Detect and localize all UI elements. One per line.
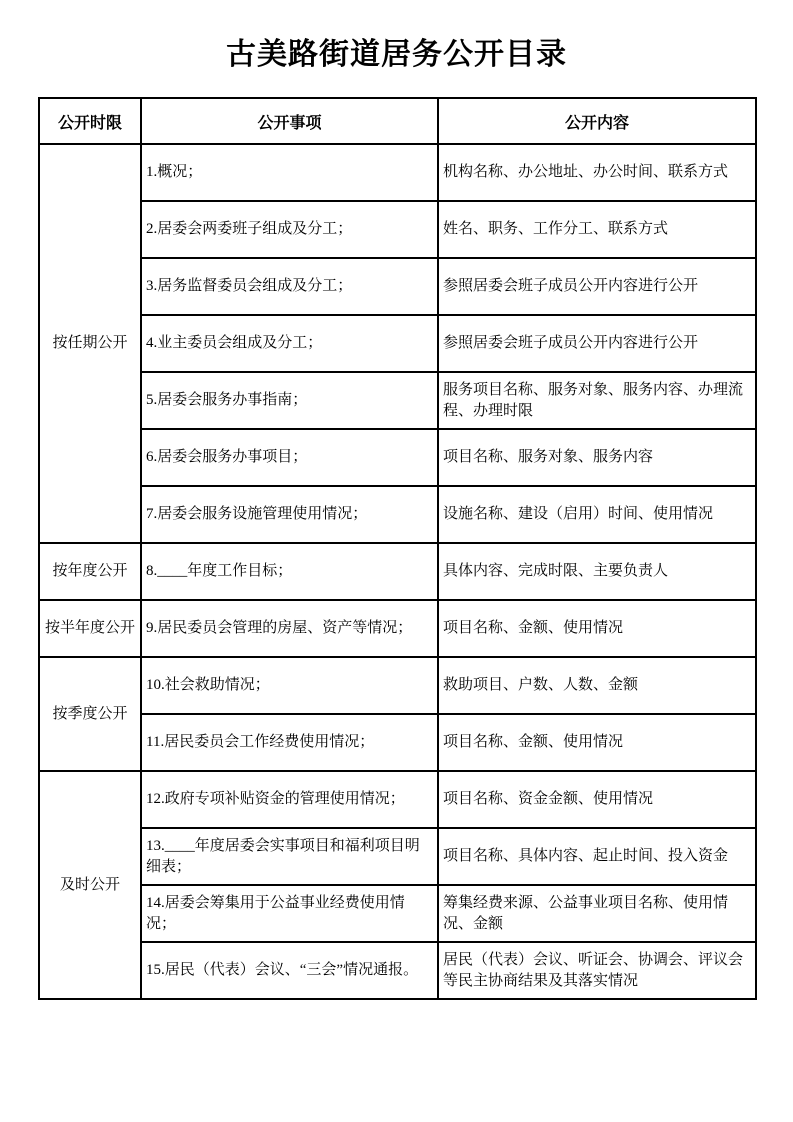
content-cell: 具体内容、完成时限、主要负责人: [438, 543, 756, 600]
table-row: 按季度公开10.社会救助情况；救助项目、户数、人数、金额: [39, 657, 756, 714]
table-row: 按半年度公开9.居民委员会管理的房屋、资产等情况；项目名称、金额、使用情况: [39, 600, 756, 657]
item-cell: 12.政府专项补贴资金的管理使用情况；: [141, 771, 438, 828]
item-cell: 15.居民（代表）会议、“三会”情况通报。: [141, 942, 438, 999]
content-cell: 居民（代表）会议、听证会、协调会、评议会等民主协商结果及其落实情况: [438, 942, 756, 999]
content-cell: 参照居委会班子成员公开内容进行公开: [438, 258, 756, 315]
content-cell: 项目名称、金额、使用情况: [438, 714, 756, 771]
table-row: 7.居委会服务设施管理使用情况；设施名称、建设（启用）时间、使用情况: [39, 486, 756, 543]
item-cell: 5.居委会服务办事指南；: [141, 372, 438, 429]
item-cell: 3.居务监督委员会组成及分工；: [141, 258, 438, 315]
header-time-limit: 公开时限: [39, 98, 141, 144]
table-header-row: 公开时限 公开事项 公开内容: [39, 98, 756, 144]
table-row: 5.居委会服务办事指南；服务项目名称、服务对象、服务内容、办理流程、办理时限: [39, 372, 756, 429]
table-row: 15.居民（代表）会议、“三会”情况通报。居民（代表）会议、听证会、协调会、评议…: [39, 942, 756, 999]
header-disclosure-item: 公开事项: [141, 98, 438, 144]
page-title: 古美路街道居务公开目录: [0, 38, 793, 72]
item-cell: 14.居委会筹集用于公益事业经费使用情况；: [141, 885, 438, 942]
content-cell: 救助项目、户数、人数、金额: [438, 657, 756, 714]
table-row: 14.居委会筹集用于公益事业经费使用情况；筹集经费来源、公益事业项目名称、使用情…: [39, 885, 756, 942]
item-cell: 2.居委会两委班子组成及分工；: [141, 201, 438, 258]
time-limit-cell: 按任期公开: [39, 144, 141, 543]
table-body: 按任期公开1.概况；机构名称、办公地址、办公时间、联系方式2.居委会两委班子组成…: [39, 144, 756, 999]
content-cell: 项目名称、具体内容、起止时间、投入资金: [438, 828, 756, 885]
table-row: 13.____年度居委会实事项目和福利项目明细表；项目名称、具体内容、起止时间、…: [39, 828, 756, 885]
content-cell: 设施名称、建设（启用）时间、使用情况: [438, 486, 756, 543]
item-cell: 9.居民委员会管理的房屋、资产等情况；: [141, 600, 438, 657]
item-cell: 7.居委会服务设施管理使用情况；: [141, 486, 438, 543]
content-cell: 项目名称、服务对象、服务内容: [438, 429, 756, 486]
table-row: 3.居务监督委员会组成及分工；参照居委会班子成员公开内容进行公开: [39, 258, 756, 315]
content-cell: 项目名称、金额、使用情况: [438, 600, 756, 657]
item-cell: 10.社会救助情况；: [141, 657, 438, 714]
table-row: 按任期公开1.概况；机构名称、办公地址、办公时间、联系方式: [39, 144, 756, 201]
table-row: 2.居委会两委班子组成及分工；姓名、职务、工作分工、联系方式: [39, 201, 756, 258]
content-cell: 机构名称、办公地址、办公时间、联系方式: [438, 144, 756, 201]
item-cell: 13.____年度居委会实事项目和福利项目明细表；: [141, 828, 438, 885]
item-cell: 8.____年度工作目标；: [141, 543, 438, 600]
time-limit-cell: 及时公开: [39, 771, 141, 999]
content-cell: 服务项目名称、服务对象、服务内容、办理流程、办理时限: [438, 372, 756, 429]
header-disclosure-content: 公开内容: [438, 98, 756, 144]
table-row: 及时公开12.政府专项补贴资金的管理使用情况；项目名称、资金金额、使用情况: [39, 771, 756, 828]
item-cell: 6.居委会服务办事项目；: [141, 429, 438, 486]
content-cell: 参照居委会班子成员公开内容进行公开: [438, 315, 756, 372]
table-row: 11.居民委员会工作经费使用情况；项目名称、金额、使用情况: [39, 714, 756, 771]
table-row: 4.业主委员会组成及分工；参照居委会班子成员公开内容进行公开: [39, 315, 756, 372]
item-cell: 4.业主委员会组成及分工；: [141, 315, 438, 372]
table-row: 6.居委会服务办事项目；项目名称、服务对象、服务内容: [39, 429, 756, 486]
time-limit-cell: 按年度公开: [39, 543, 141, 600]
item-cell: 11.居民委员会工作经费使用情况；: [141, 714, 438, 771]
content-cell: 姓名、职务、工作分工、联系方式: [438, 201, 756, 258]
time-limit-cell: 按半年度公开: [39, 600, 141, 657]
time-limit-cell: 按季度公开: [39, 657, 141, 771]
disclosure-catalog-table: 公开时限 公开事项 公开内容 按任期公开1.概况；机构名称、办公地址、办公时间、…: [38, 97, 757, 1000]
table-row: 按年度公开8.____年度工作目标；具体内容、完成时限、主要负责人: [39, 543, 756, 600]
content-cell: 筹集经费来源、公益事业项目名称、使用情况、金额: [438, 885, 756, 942]
item-cell: 1.概况；: [141, 144, 438, 201]
content-cell: 项目名称、资金金额、使用情况: [438, 771, 756, 828]
